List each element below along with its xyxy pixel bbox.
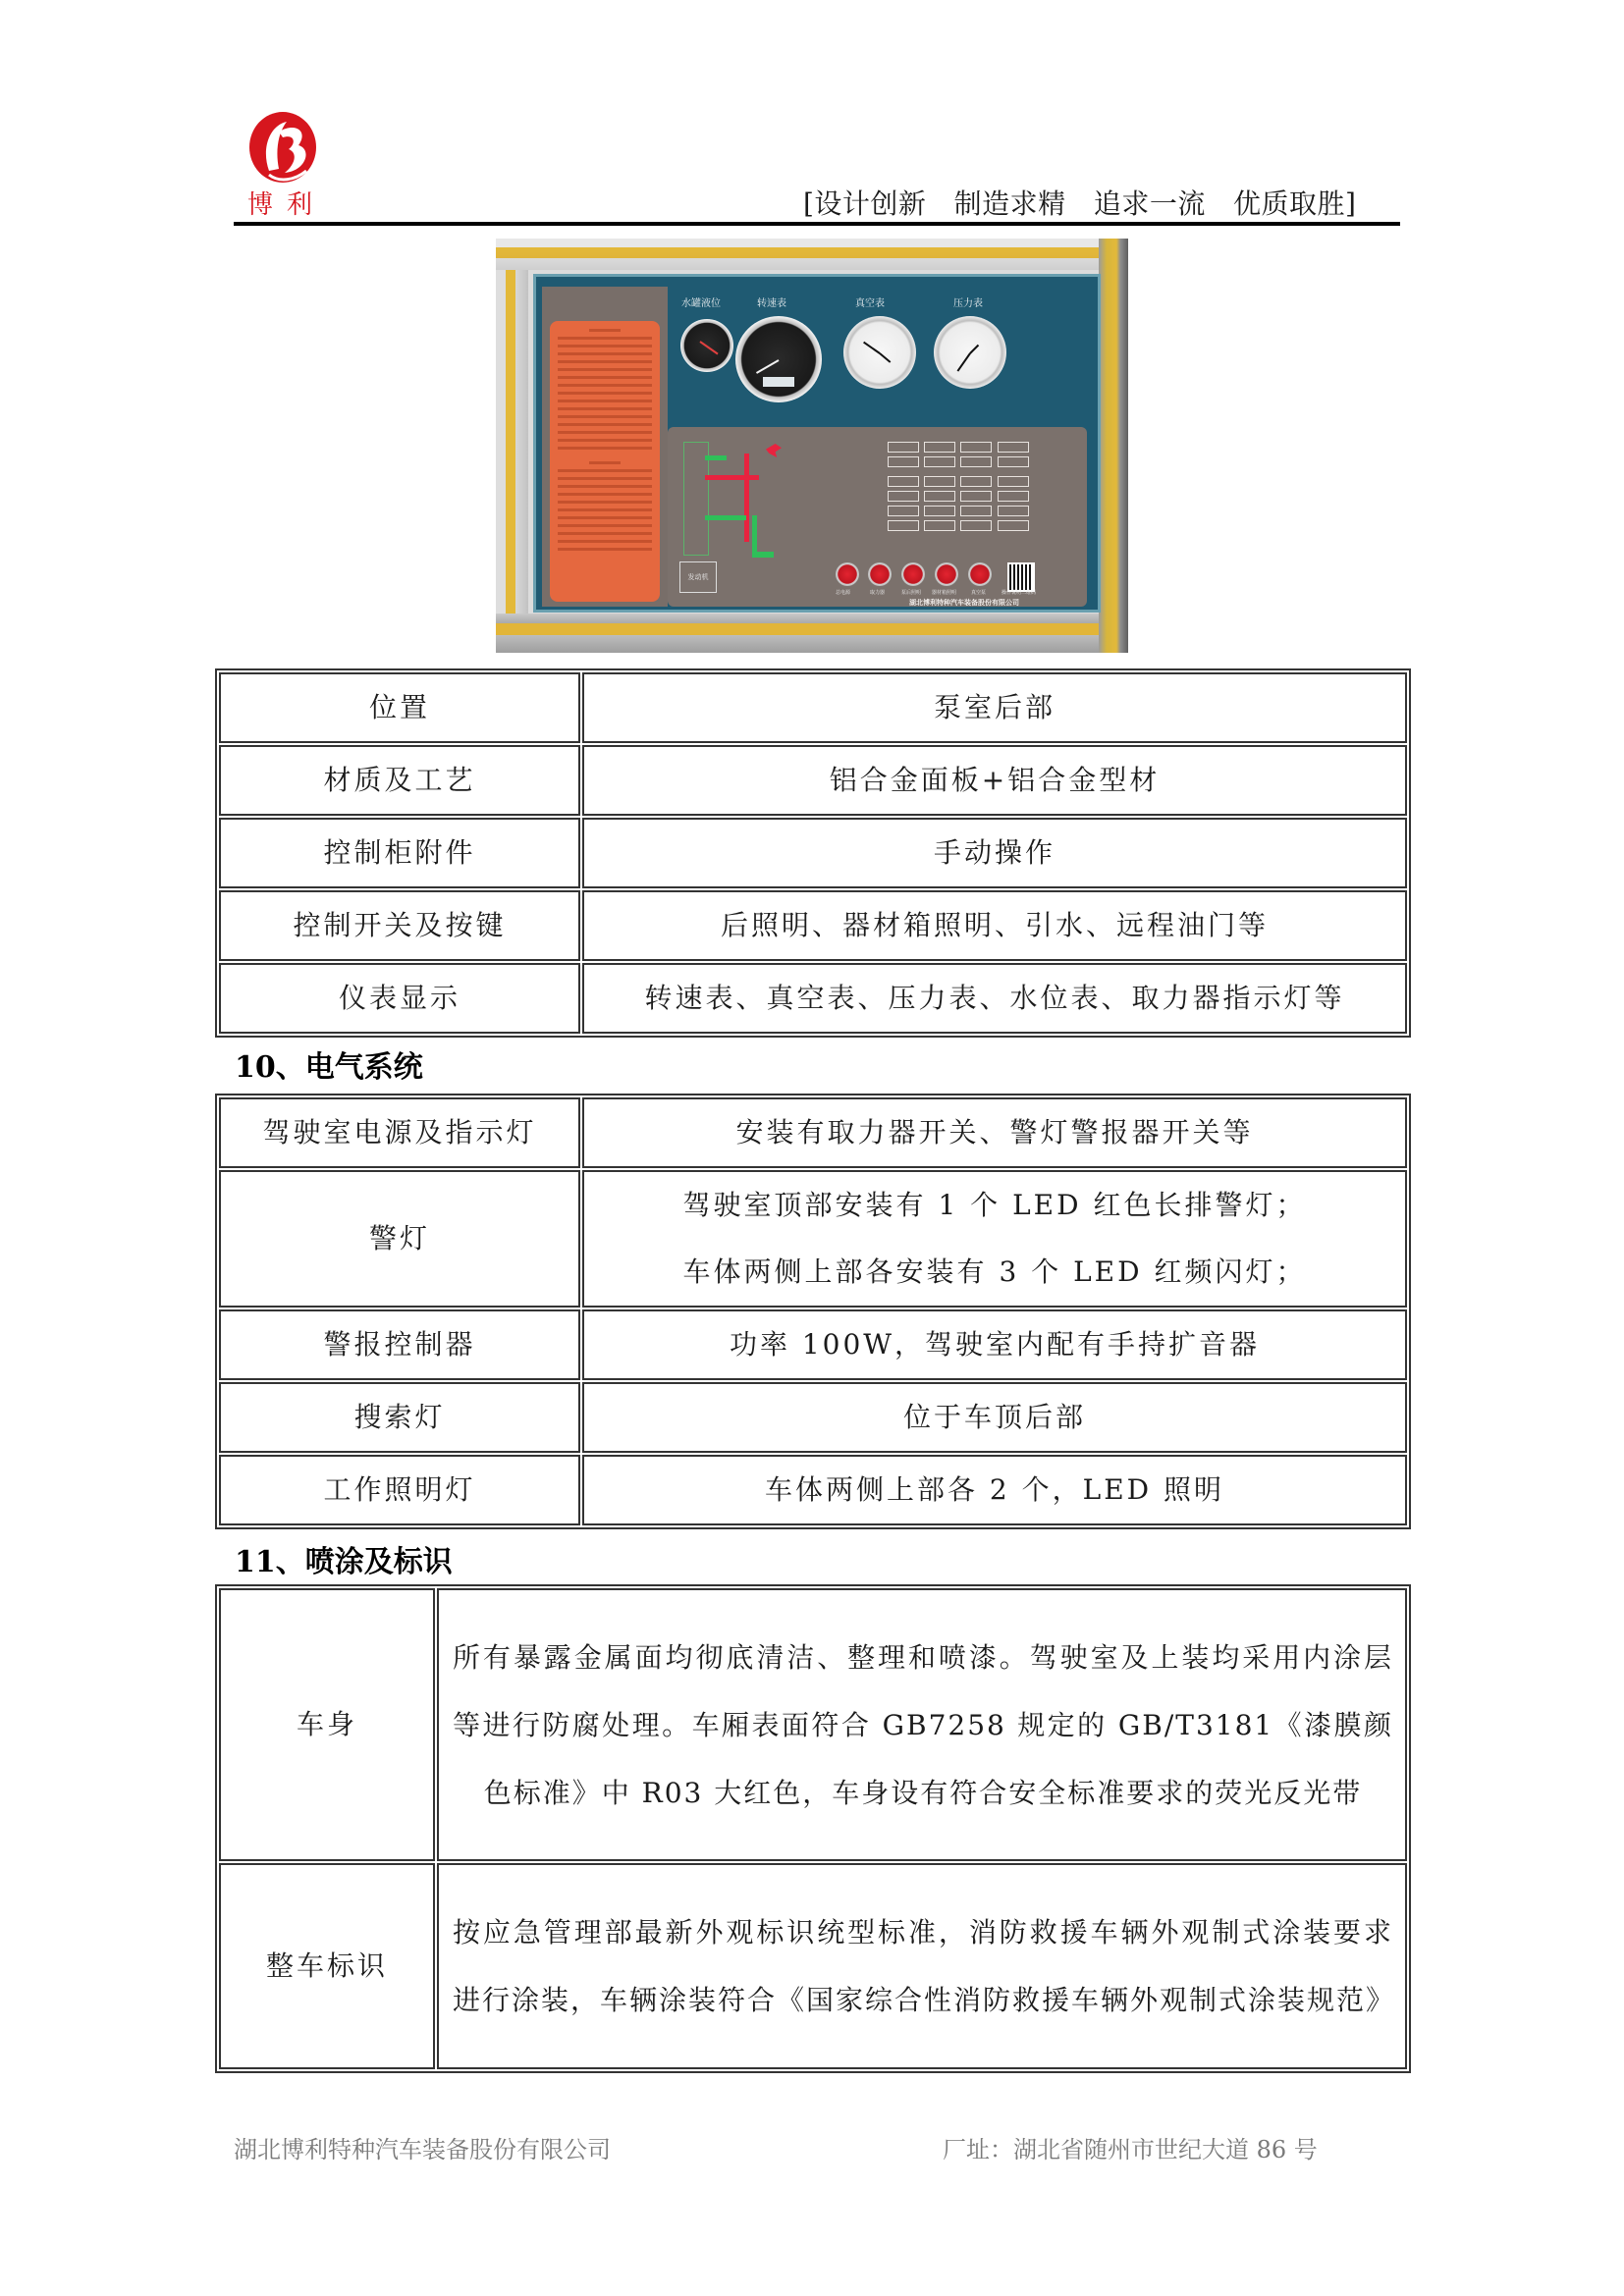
button-label: 总电源 — [836, 589, 850, 596]
table-row: 控制开关及按键 后照明、器材箱照明、引水、远程油门等 — [219, 890, 1407, 961]
flow-box — [998, 442, 1029, 453]
flow-box — [924, 442, 955, 453]
flow-box — [998, 456, 1029, 467]
flow-box — [888, 442, 919, 453]
row-label: 工作照明灯 — [219, 1455, 580, 1525]
rear-light-button — [901, 562, 925, 586]
flow-box — [888, 520, 919, 531]
row-value: 泵室后部 — [582, 672, 1407, 743]
row-label: 搜索灯 — [219, 1382, 580, 1453]
operation-instructions-plate — [550, 321, 660, 602]
pipe-green-vertical — [752, 515, 757, 555]
button-label: 取力器 — [870, 589, 885, 596]
gauge-label-water-level: 水罐液位 — [681, 294, 721, 309]
value-line: 车体两侧上部各安装有 3 个 LED 红频闪灯； — [584, 1239, 1405, 1306]
frame-left — [496, 270, 528, 614]
section-heading-painting: 11、喷涂及标识 — [235, 1537, 453, 1580]
gauge-label-vacuum: 真空表 — [855, 294, 885, 309]
row-value: 车体两侧上部各 2 个，LED 照明 — [582, 1455, 1407, 1525]
flow-box — [960, 520, 992, 531]
row-label: 整车标识 — [219, 1863, 435, 2069]
table-row: 控制柜附件 手动操作 — [219, 818, 1407, 888]
row-label: 警报控制器 — [219, 1309, 580, 1380]
painting-marking-table: 车身 所有暴露金属面均彻底清洁、整理和喷漆。驾驶室及上装均采用内涂层等进行防腐处… — [215, 1584, 1411, 2073]
row-value: 手动操作 — [582, 818, 1407, 888]
header-divider — [234, 222, 1400, 226]
flow-box — [960, 491, 992, 502]
flow-box — [998, 491, 1029, 502]
footer-address: 厂址：湖北省随州市世纪大道 86 号 — [943, 2130, 1318, 2164]
gauge-label-pressure: 压力表 — [953, 294, 983, 309]
engine-box: 发动机 — [679, 561, 717, 593]
equipment-box-light-button — [935, 562, 958, 586]
flow-box — [924, 491, 955, 502]
pipe-green-bottom — [705, 515, 746, 520]
pipe-red-vertical — [744, 454, 749, 542]
row-value: 转速表、真空表、压力表、水位表、取力器指示灯等 — [582, 963, 1407, 1034]
button-label: 泵后照明 — [901, 589, 921, 596]
panel-company-name: 湖北博利特种汽车装备股份有限公司 — [909, 598, 1019, 608]
table-row: 位置 泵室后部 — [219, 672, 1407, 743]
flow-box — [998, 506, 1029, 516]
control-panel: 水罐液位 转速表 真空表 压力表 发动机 — [533, 274, 1101, 613]
gauge-label-tachometer: 转速表 — [757, 294, 786, 309]
row-value: 功率 100W，驾驶室内配有手持扩音器 — [582, 1309, 1407, 1380]
value-line: 驾驶室顶部安装有 1 个 LED 红色长排警灯； — [584, 1172, 1405, 1239]
table-row: 整车标识 按应急管理部最新外观标识统型标准，消防救援车辆外观制式涂装要求进行涂装… — [219, 1863, 1407, 2069]
table-row: 仪表显示 转速表、真空表、压力表、水位表、取力器指示灯等 — [219, 963, 1407, 1034]
button-label: 器材箱照明 — [932, 589, 956, 596]
row-value: 后照明、器材箱照明、引水、远程油门等 — [582, 890, 1407, 961]
frame-right — [1099, 239, 1128, 653]
table-row: 工作照明灯 车体两侧上部各 2 个，LED 照明 — [219, 1455, 1407, 1525]
table-row: 警报控制器 功率 100W，驾驶室内配有手持扩音器 — [219, 1309, 1407, 1380]
flow-box — [960, 506, 992, 516]
row-label: 警灯 — [219, 1170, 580, 1308]
flow-box — [888, 506, 919, 516]
flow-box — [924, 520, 955, 531]
table-row: 搜索灯 位于车顶后部 — [219, 1382, 1407, 1453]
row-value: 所有暴露金属面均彻底清洁、整理和喷漆。驾驶室及上装均采用内涂层等进行防腐处理。车… — [437, 1588, 1407, 1861]
button-label: 真空泵 — [971, 589, 986, 596]
flow-box — [924, 456, 955, 467]
pto-button — [868, 562, 892, 586]
pipe-green-top — [705, 455, 727, 460]
row-value: 按应急管理部最新外观标识统型标准，消防救援车辆外观制式涂装要求进行涂装，车辆涂装… — [437, 1863, 1407, 2069]
section-heading-electrical: 10、电气系统 — [235, 1042, 423, 1086]
flow-box — [924, 506, 955, 516]
control-cabinet-table: 位置 泵室后部 材质及工艺 铝合金面板+铝合金型材 控制柜附件 手动操作 控制开… — [215, 668, 1411, 1038]
frame-bottom — [496, 614, 1128, 653]
table-row: 警灯 驾驶室顶部安装有 1 个 LED 红色长排警灯； 车体两侧上部各安装有 3… — [219, 1170, 1407, 1308]
flow-box — [888, 491, 919, 502]
row-value: 铝合金面板+铝合金型材 — [582, 745, 1407, 816]
row-label: 控制柜附件 — [219, 818, 580, 888]
electrical-system-table: 驾驶室电源及指示灯 安装有取力器开关、警灯警报器开关等 警灯 驾驶室顶部安装有 … — [215, 1094, 1411, 1529]
flow-box — [924, 476, 955, 487]
tachometer-gauge-icon — [735, 316, 822, 402]
flow-box — [888, 456, 919, 467]
flow-box — [960, 456, 992, 467]
main-power-button — [836, 562, 859, 586]
qr-code-icon — [1007, 562, 1035, 592]
water-level-gauge-icon — [680, 319, 733, 372]
button-label: 操作说明二维码 — [1001, 589, 1036, 596]
row-label: 仪表显示 — [219, 963, 580, 1034]
footer-company: 湖北博利特种汽车装备股份有限公司 — [234, 2130, 611, 2164]
table-row: 驾驶室电源及指示灯 安装有取力器开关、警灯警报器开关等 — [219, 1097, 1407, 1168]
table-row: 材质及工艺 铝合金面板+铝合金型材 — [219, 745, 1407, 816]
vacuum-pump-button — [968, 562, 992, 586]
table-row: 车身 所有暴露金属面均彻底清洁、整理和喷漆。驾驶室及上装均采用内涂层等进行防腐处… — [219, 1588, 1407, 1861]
row-label: 控制开关及按键 — [219, 890, 580, 961]
pipe-green-outlet — [752, 552, 774, 558]
pressure-gauge-icon — [934, 316, 1006, 389]
flow-box — [960, 476, 992, 487]
vacuum-gauge-icon — [843, 316, 916, 389]
control-panel-photo: 水罐液位 转速表 真空表 压力表 发动机 — [496, 239, 1128, 653]
row-label: 材质及工艺 — [219, 745, 580, 816]
row-label: 位置 — [219, 672, 580, 743]
row-value: 位于车顶后部 — [582, 1382, 1407, 1453]
flow-box — [960, 442, 992, 453]
flow-box — [888, 476, 919, 487]
company-tagline: [设计创新 制造求精 追求一流 优质取胜] — [803, 183, 1356, 222]
pipe-red-horizontal — [705, 475, 759, 480]
frame-top — [496, 239, 1128, 270]
flow-box — [998, 520, 1029, 531]
logo-text: 博利 — [247, 185, 346, 221]
row-value: 驾驶室顶部安装有 1 个 LED 红色长排警灯； 车体两侧上部各安装有 3 个 … — [582, 1170, 1407, 1308]
row-label: 车身 — [219, 1588, 435, 1861]
row-label: 驾驶室电源及指示灯 — [219, 1097, 580, 1168]
flow-box — [998, 476, 1029, 487]
row-value: 安装有取力器开关、警灯警报器开关等 — [582, 1097, 1407, 1168]
